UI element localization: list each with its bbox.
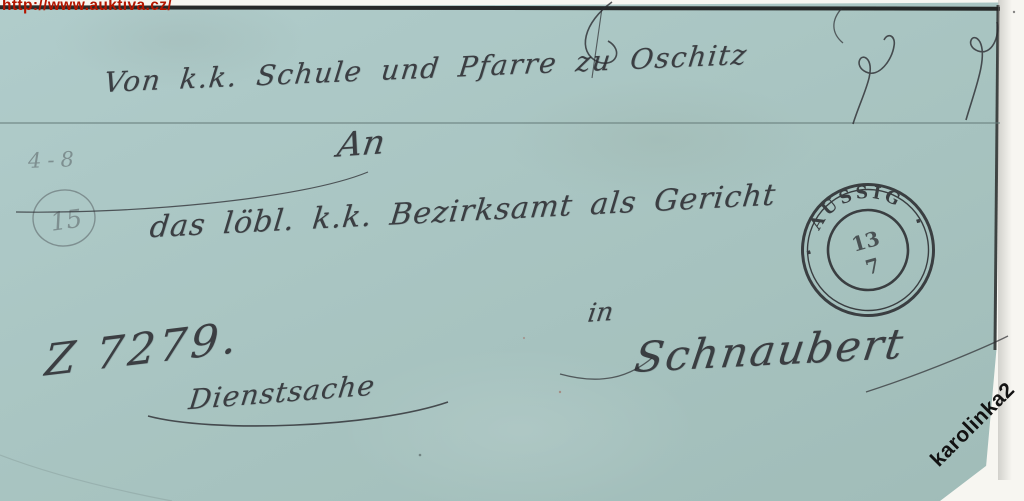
auction-url-watermark: http://www.auktiva.cz/	[2, 0, 172, 15]
handwritten-preposition: in	[586, 297, 616, 329]
horizontal-fold-crease	[0, 122, 1000, 124]
pencil-note: 4-8	[28, 147, 81, 173]
scan-speck	[1013, 11, 1015, 13]
scanned-postal-cover: 4-8 Von k.k. Schule und Pfarre zu Oschit…	[0, 0, 1024, 501]
handwritten-salutation: An	[335, 122, 388, 165]
